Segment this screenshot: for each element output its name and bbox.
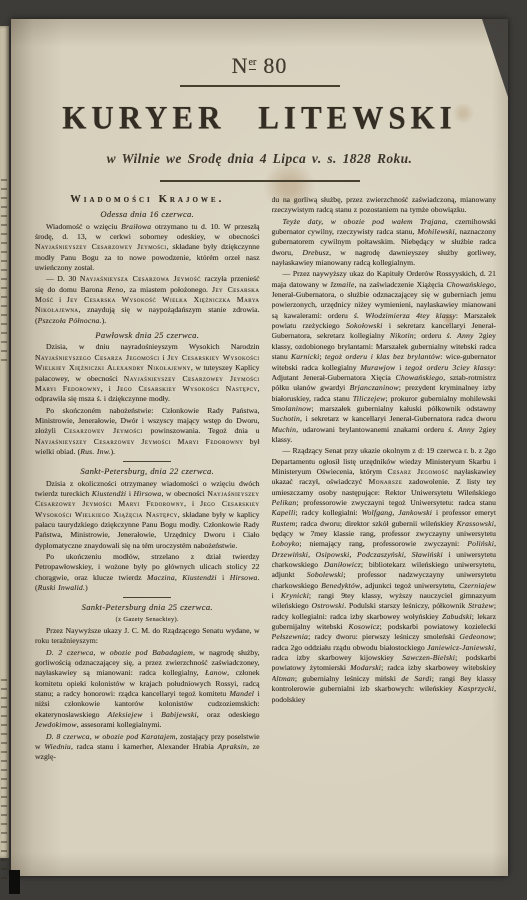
- left-column: Wiadomości Krajowe.Odessa dnia 16 czerwc…: [35, 195, 260, 813]
- right-column: du na gorliwą służbę, przez zwierzchność…: [272, 195, 497, 813]
- article-paragraph: D. 8 czerwca, w obozie pod Karatajem, zo…: [35, 732, 260, 763]
- article-paragraph: Po ukończeniu modłów, strzelano z dział …: [35, 552, 260, 593]
- article-dateline: Pawłowsk dnia 25 czerwca.: [35, 330, 260, 340]
- masthead: Ner80 KURYER LITEWSKI w Wilnie we Srodę …: [11, 19, 508, 182]
- section-rule: [123, 597, 171, 598]
- article-paragraph: Przez Naywyższe ukazy J. C. M. do Rządzą…: [35, 626, 260, 647]
- article-paragraph: Dzisia, w dniu nayradośnieyszym Wysokich…: [35, 342, 260, 404]
- newspaper-title: KURYER LITEWSKI: [11, 99, 508, 137]
- adjacent-page-edge: [0, 26, 9, 858]
- text-bleed-marks: [1, 176, 7, 366]
- issue-number: Ner80: [11, 53, 508, 79]
- article-paragraph: Dzisia z okoliczności otrzymaney wiadomo…: [35, 479, 260, 551]
- article-dateline: Odessa dnia 16 czerwca.: [35, 209, 260, 219]
- article-paragraph: Teyże daty, w obozie pod wałem Trajana, …: [272, 217, 497, 269]
- article-paragraph: — Rządzący Senat przy ukazie okolnym z d…: [272, 446, 497, 705]
- section-heading: Wiadomości Krajowe.: [35, 195, 260, 205]
- text-bleed-marks: [1, 676, 7, 881]
- text-columns: Wiadomości Krajowe.Odessa dnia 16 czerwc…: [11, 182, 508, 813]
- newspaper-page: Ner80 KURYER LITEWSKI w Wilnie we Srodę …: [11, 19, 508, 876]
- article-paragraph: — Przez naywyższy ukaz do Kapituły Order…: [272, 269, 497, 445]
- article-paragraph: Po skończoném nabożeństwie: Członkowie R…: [35, 406, 260, 458]
- section-rule: [123, 461, 171, 462]
- article-paragraph: D. 2 czerwca, w obozie pod Babadagiem, w…: [35, 648, 260, 731]
- issue-number-superscript: er: [249, 57, 257, 70]
- gazette-source-note: (z Gazety Senackiey).: [35, 615, 260, 625]
- masthead-rule-top: [180, 85, 340, 87]
- publication-dateline: w Wilnie we Srodę dnia 4 Lipca v. s. 182…: [11, 151, 508, 167]
- binding-clamp: [9, 870, 20, 894]
- scanned-page-scene: Ner80 KURYER LITEWSKI w Wilnie we Srodę …: [0, 0, 527, 900]
- issue-number-value: 80: [263, 53, 287, 78]
- article-paragraph: Wiadomość o wzięciu Braiłowa otrzymano t…: [35, 222, 260, 274]
- article-dateline: Sankt-Petersburg dnia 25 czerwca.: [35, 602, 260, 612]
- issue-number-prefix: N: [232, 53, 249, 78]
- article-dateline: Sankt-Petersburg, dnia 22 czerwca.: [35, 466, 260, 476]
- article-paragraph: — D. 30 Nayjaśnieysza Cesarzowa Jeymość …: [35, 274, 260, 326]
- article-paragraph: du na gorliwą służbę, przez zwierzchność…: [272, 195, 497, 216]
